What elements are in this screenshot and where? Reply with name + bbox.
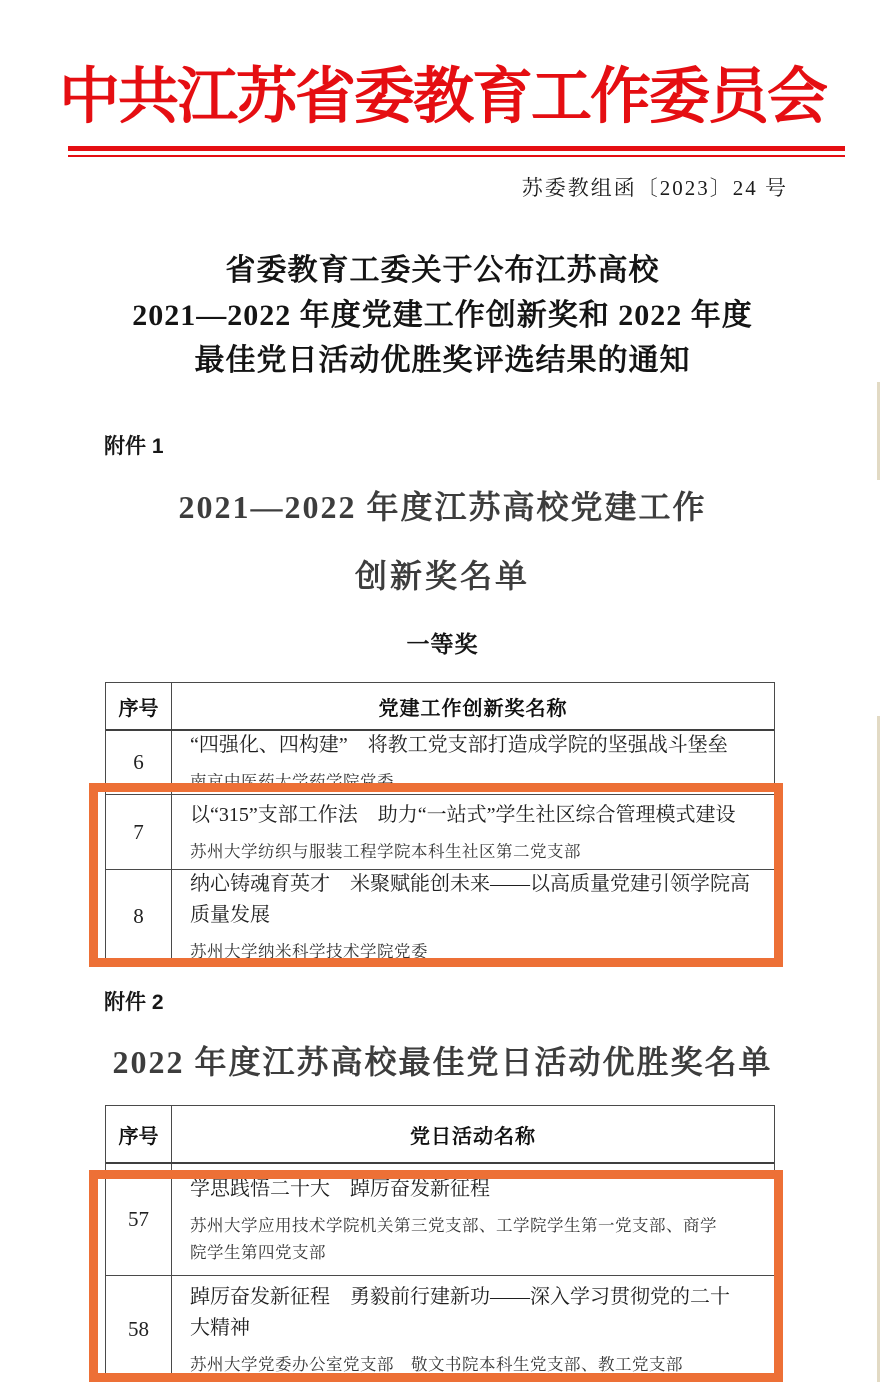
- innovation-award-table: 序号 党建工作创新奖名称 6 “四强化、四构建” 将教工党支部打造成学院的坚强战…: [105, 682, 775, 964]
- award-title: 纳心铸魂育英才 米聚赋能创未来——以高质量党建引领学院高质量发展: [190, 869, 752, 931]
- prize-level-heading: 一等奖: [0, 626, 885, 659]
- table-row: 7 以“315”支部工作法 助力“一站式”学生社区综合管理模式建设 苏州大学纺织…: [106, 794, 774, 869]
- award-title: 以“315”支部工作法 助力“一站式”学生社区综合管理模式建设: [190, 800, 752, 831]
- notice-title-line2: 2021—2022 年度党建工作创新奖和 2022 年度: [0, 293, 885, 338]
- attachment2-label: 附件 2: [104, 986, 164, 1016]
- table-row: 57 学思践悟二十大 踔厉奋发新征程 苏州大学应用技术学院机关第三党支部、工学院…: [106, 1164, 774, 1275]
- attachment1-label: 附件 1: [104, 430, 164, 460]
- scan-edge-artifact: [877, 716, 880, 1382]
- org-title: 中共江苏省委教育工作委员会: [0, 48, 885, 135]
- document-page: 中共江苏省委教育工作委员会 苏委教组函〔2023〕24 号 省委教育工委关于公布…: [0, 0, 885, 1382]
- row-content: 纳心铸魂育英才 米聚赋能创未来——以高质量党建引领学院高质量发展 苏州大学纳米科…: [172, 870, 774, 963]
- award-unit: 苏州大学应用技术学院机关第三党支部、工学院学生第一党支部、商学院学生第四党支部: [190, 1212, 730, 1266]
- attachment1-heading-line2: 创新奖名单: [0, 551, 885, 597]
- table-row: 58 踔厉奋发新征程 勇毅前行建新功——深入学习贯彻党的二十大精神 苏州大学党委…: [106, 1275, 774, 1382]
- award-unit: 南京中医药大学药学院党委: [190, 768, 730, 795]
- row-number: 58: [106, 1276, 172, 1382]
- row-number: 6: [106, 731, 172, 794]
- attachment2-heading: 2022 年度江苏高校最佳党日活动优胜奖名单: [0, 1037, 885, 1083]
- row-number: 57: [106, 1164, 172, 1275]
- award-unit: 苏州大学纳米科学技术学院党委: [190, 938, 730, 965]
- award-title: 踔厉奋发新征程 勇毅前行建新功——深入学习贯彻党的二十大精神: [190, 1282, 734, 1344]
- row-content: 踔厉奋发新征程 勇毅前行建新功——深入学习贯彻党的二十大精神 苏州大学党委办公室…: [172, 1276, 774, 1382]
- attachment1-heading-line1: 2021—2022 年度江苏高校党建工作: [0, 482, 885, 528]
- award-unit: 苏州大学纺织与服装工程学院本科生社区第二党支部: [190, 838, 730, 865]
- document-number: 苏委教组函〔2023〕24 号: [522, 172, 788, 202]
- notice-title-line1: 省委教育工委关于公布江苏高校: [0, 248, 885, 293]
- table-row: 8 纳心铸魂育英才 米聚赋能创未来——以高质量党建引领学院高质量发展 苏州大学纳…: [106, 869, 774, 963]
- column-header-no: 序号: [106, 683, 172, 729]
- row-content: 以“315”支部工作法 助力“一站式”学生社区综合管理模式建设 苏州大学纺织与服…: [172, 795, 774, 869]
- award-title: “四强化、四构建” 将教工党支部打造成学院的坚强战斗堡垒: [190, 730, 752, 761]
- letterhead-rule-thick: [68, 146, 845, 151]
- row-content: “四强化、四构建” 将教工党支部打造成学院的坚强战斗堡垒 南京中医药大学药学院党…: [172, 731, 774, 794]
- row-content: 学思践悟二十大 踔厉奋发新征程 苏州大学应用技术学院机关第三党支部、工学院学生第…: [172, 1164, 774, 1275]
- award-unit: 苏州大学党委办公室党支部 敬文书院本科生党支部、教工党支部: [190, 1351, 730, 1378]
- column-header-activity-name: 党日活动名称: [172, 1106, 774, 1162]
- letterhead-rule-thin: [68, 155, 845, 157]
- notice-title-line3: 最佳党日活动优胜奖评选结果的通知: [0, 338, 885, 383]
- row-number: 7: [106, 795, 172, 869]
- column-header-award-name: 党建工作创新奖名称: [172, 683, 774, 729]
- award-title: 学思践悟二十大 踔厉奋发新征程: [190, 1174, 752, 1205]
- table-header-row: 序号 党建工作创新奖名称: [106, 683, 774, 731]
- notice-title: 省委教育工委关于公布江苏高校 2021—2022 年度党建工作创新奖和 2022…: [0, 248, 885, 383]
- party-day-award-table: 序号 党日活动名称 57 学思践悟二十大 踔厉奋发新征程 苏州大学应用技术学院机…: [105, 1105, 775, 1382]
- column-header-no: 序号: [106, 1106, 172, 1162]
- scan-edge-artifact: [877, 382, 880, 480]
- row-number: 8: [106, 870, 172, 963]
- table-row: 6 “四强化、四构建” 将教工党支部打造成学院的坚强战斗堡垒 南京中医药大学药学…: [106, 731, 774, 794]
- table-header-row: 序号 党日活动名称: [106, 1106, 774, 1164]
